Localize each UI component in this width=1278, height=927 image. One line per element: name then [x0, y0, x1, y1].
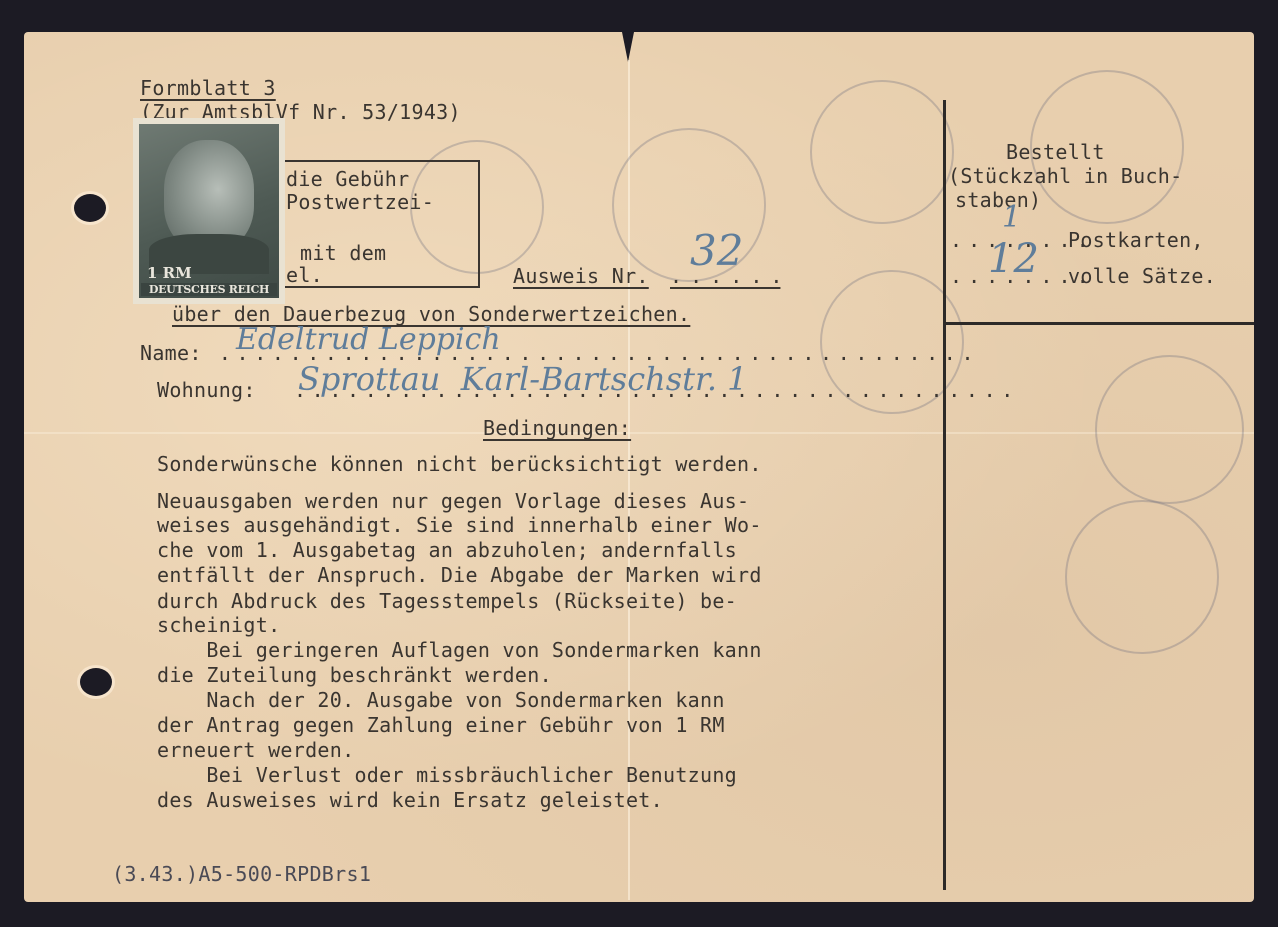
fee-line-4: el.: [286, 263, 323, 287]
fee-line-3: mit dem: [300, 241, 386, 265]
fee-line-1: die Gebühr: [286, 167, 409, 191]
postmark-circle: [1095, 355, 1244, 504]
fold-line-horizontal: [24, 432, 1254, 434]
name-label: Name:: [140, 341, 202, 365]
address-label: Wohnung:: [157, 378, 256, 402]
sets-label: volle Sätze.: [1068, 264, 1216, 288]
condition-line: des Ausweises wird kein Ersatz geleistet…: [157, 788, 663, 812]
footer-print-code: (3.43.)A5-500-RPDBrs1: [112, 862, 371, 886]
stamp-value: 1 RM: [147, 264, 192, 282]
fee-line-2: Postwertzei-: [286, 190, 434, 214]
punch-hole-top: [74, 194, 106, 222]
condition-line: Bei geringeren Auflagen von Sondermarken…: [157, 638, 762, 662]
name-value: Edeltrud Leppich: [236, 322, 501, 357]
condition-line: durch Abdruck des Tagesstempels (Rücksei…: [157, 589, 737, 613]
postmark-circle: [810, 80, 954, 224]
order-subheading-1: (Stückzahl in Buch-: [948, 164, 1182, 188]
condition-line: Sonderwünsche können nicht berücksichtig…: [157, 452, 762, 476]
form-title: Formblatt 3: [140, 76, 276, 100]
postage-stamp: 1 RM DEUTSCHES REICH: [133, 118, 285, 304]
ausweis-number: 32: [690, 226, 743, 275]
condition-line: weises ausgehändigt. Sie sind innerhalb …: [157, 513, 762, 537]
postmark-circle: [1065, 500, 1219, 654]
condition-line: der Antrag gegen Zahlung einer Gebühr vo…: [157, 713, 725, 737]
condition-line: scheinigt.: [157, 613, 280, 637]
condition-line: Nach der 20. Ausgabe von Sondermarken ka…: [157, 688, 725, 712]
punch-hole-bottom: [80, 668, 112, 696]
panel-divider-horizontal: [945, 322, 1254, 325]
condition-line: Bei Verlust oder missbräuchlicher Benutz…: [157, 763, 737, 787]
condition-line: Neuausgaben werden nur gegen Vorlage die…: [157, 489, 749, 513]
postcards-value: 1: [1002, 200, 1021, 235]
stamp-country: DEUTSCHES REICH: [141, 283, 277, 296]
paper-tear: [622, 32, 634, 62]
conditions-heading: Bedingungen:: [483, 416, 631, 440]
sets-value: 12: [988, 236, 1039, 282]
address-value: Sprottau Karl-Bartschstr. 1: [298, 360, 748, 398]
condition-line: erneuert werden.: [157, 738, 354, 762]
condition-line: che vom 1. Ausgabetag an abzuholen; ande…: [157, 538, 737, 562]
order-subheading-2: staben): [955, 188, 1041, 212]
stamp-portrait: 1 RM DEUTSCHES REICH: [139, 124, 279, 298]
order-heading: Bestellt: [1006, 140, 1105, 164]
postcards-label: Postkarten,: [1068, 228, 1204, 252]
ausweis-label: Ausweis Nr.: [513, 264, 649, 288]
condition-line: die Zuteilung beschränkt werden.: [157, 663, 552, 687]
panel-divider-vertical: [943, 100, 946, 890]
condition-line: entfällt der Anspruch. Die Abgabe der Ma…: [157, 563, 762, 587]
